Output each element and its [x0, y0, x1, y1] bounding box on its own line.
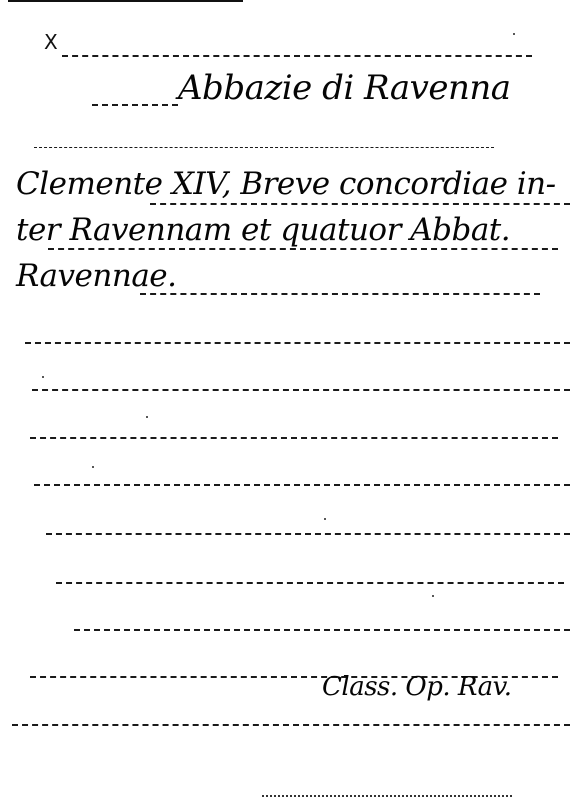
- ink-speck: [42, 376, 44, 378]
- ruled-line: [46, 533, 570, 535]
- ruled-line: [12, 724, 570, 726]
- ruled-line: [140, 293, 540, 295]
- ink-speck: [432, 595, 434, 597]
- ruled-line: [74, 629, 570, 631]
- cross-marker: X: [44, 30, 58, 54]
- body-line-3: Ravennae.: [16, 258, 177, 294]
- body-line-1: Clemente XIV, Breve concordiae in-: [16, 166, 556, 202]
- bottom-edge-marks: [262, 795, 512, 797]
- ruled-line: [32, 389, 570, 391]
- card-top-edge: [8, 0, 243, 2]
- ruled-line: [56, 582, 564, 584]
- ink-speck: [324, 518, 326, 520]
- ruled-line: [34, 484, 570, 486]
- ruled-line: [30, 437, 558, 439]
- ruled-line: [48, 248, 558, 250]
- ink-speck: [92, 466, 94, 468]
- ruled-line: [25, 342, 570, 344]
- classification-note: Class. Op. Rav.: [322, 672, 511, 702]
- ruled-line: [34, 147, 494, 148]
- ruled-line: [62, 55, 532, 57]
- index-card: X Abbazie di Ravenna Clemente XIV, Breve…: [0, 0, 576, 800]
- ink-speck: [513, 33, 515, 35]
- ruled-line: [150, 203, 570, 205]
- ruled-line: [92, 104, 178, 106]
- ink-speck: [146, 416, 148, 418]
- card-heading: Abbazie di Ravenna: [178, 68, 511, 108]
- body-line-2: ter Ravennam et quatuor Abbat.: [16, 212, 510, 248]
